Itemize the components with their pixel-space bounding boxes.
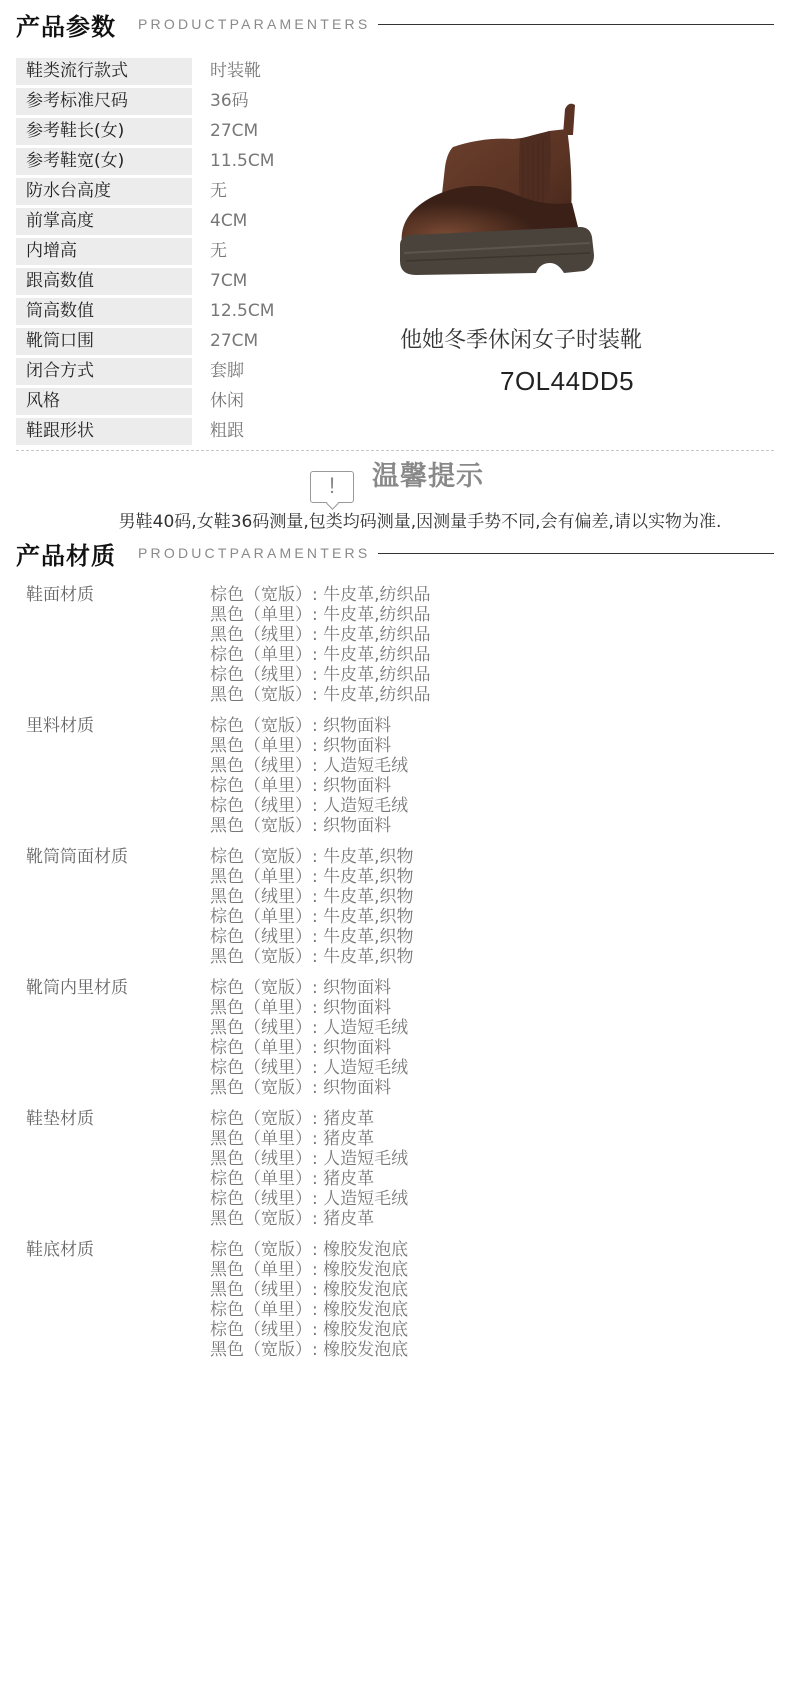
material-line: 棕色（绒里）: 人造短毛绒 xyxy=(210,1189,408,1209)
materials-section-title: 产品材质 xyxy=(16,536,116,571)
material-line: 棕色（宽版）: 牛皮革,纺织品 xyxy=(210,585,431,605)
material-line: 黑色（绒里）: 人造短毛绒 xyxy=(210,1149,408,1169)
param-value: 无 xyxy=(210,178,227,205)
params-section-title: 产品参数 xyxy=(16,7,116,42)
exclamation-glyph: ! xyxy=(311,474,353,498)
material-line: 棕色（绒里）: 橡胶发泡底 xyxy=(210,1320,408,1340)
material-line: 棕色（宽版）: 橡胶发泡底 xyxy=(210,1240,408,1260)
param-row: 鞋类流行款式时装靴 xyxy=(16,58,376,85)
param-label: 鞋类流行款式 xyxy=(16,58,192,85)
material-line: 黑色（宽版）: 猪皮革 xyxy=(210,1209,408,1229)
param-row: 闭合方式套脚 xyxy=(16,358,376,385)
param-value: 12.5CM xyxy=(210,298,274,325)
param-row: 防水台高度无 xyxy=(16,178,376,205)
material-line: 黑色（绒里）: 橡胶发泡底 xyxy=(210,1280,408,1300)
material-line: 黑色（单里）: 猪皮革 xyxy=(210,1129,408,1149)
material-line: 棕色（绒里）: 牛皮革,织物 xyxy=(210,927,414,947)
material-line: 棕色（绒里）: 人造短毛绒 xyxy=(210,796,408,816)
param-label: 筒高数值 xyxy=(16,298,192,325)
product-code: 7OL44DD5 xyxy=(500,366,634,397)
material-group: 鞋垫材质 棕色（宽版）: 猪皮革 黑色（单里）: 猪皮革 黑色（绒里）: 人造短… xyxy=(26,1109,766,1229)
tip-title: 温馨提示 xyxy=(372,454,484,493)
param-value: 4CM xyxy=(210,208,247,235)
param-value: 11.5CM xyxy=(210,148,274,175)
material-label: 鞋底材质 xyxy=(26,1240,210,1360)
material-line: 黑色（单里）: 牛皮革,织物 xyxy=(210,867,414,887)
material-line: 棕色（宽版）: 织物面料 xyxy=(210,978,408,998)
material-line: 棕色（宽版）: 猪皮革 xyxy=(210,1109,408,1129)
material-line: 棕色（单里）: 猪皮革 xyxy=(210,1169,408,1189)
param-label: 参考鞋长(女) xyxy=(16,118,192,145)
material-line: 黑色（单里）: 橡胶发泡底 xyxy=(210,1260,408,1280)
materials-list: 鞋面材质 棕色（宽版）: 牛皮革,纺织品 黑色（单里）: 牛皮革,纺织品 黑色（… xyxy=(26,585,766,1371)
product-name: 他她冬季休闲女子时装靴 xyxy=(400,323,642,354)
param-value: 36码 xyxy=(210,88,249,115)
material-line: 棕色（单里）: 牛皮革,纺织品 xyxy=(210,645,431,665)
tip-text: 男鞋40码,女鞋36码测量,包类均码测量,因测量手势不同,会有偏差,请以实物为准… xyxy=(0,507,790,532)
dashed-divider xyxy=(16,450,774,451)
material-line: 黑色（宽版）: 织物面料 xyxy=(210,1078,408,1098)
param-row: 靴筒口围27CM xyxy=(16,328,376,355)
material-line: 黑色（单里）: 织物面料 xyxy=(210,736,408,756)
params-table: 鞋类流行款式时装靴 参考标准尺码36码 参考鞋长(女)27CM 参考鞋宽(女)1… xyxy=(16,58,376,448)
material-label: 鞋面材质 xyxy=(26,585,210,705)
param-label: 前掌高度 xyxy=(16,208,192,235)
material-group: 鞋面材质 棕色（宽版）: 牛皮革,纺织品 黑色（单里）: 牛皮革,纺织品 黑色（… xyxy=(26,585,766,705)
materials-section-header: 产品材质 PRODUCTPARAMENTERS xyxy=(16,533,774,573)
param-label: 防水台高度 xyxy=(16,178,192,205)
material-line: 黑色（绒里）: 人造短毛绒 xyxy=(210,1018,408,1038)
material-line: 棕色（宽版）: 牛皮革,织物 xyxy=(210,847,414,867)
param-row: 前掌高度4CM xyxy=(16,208,376,235)
param-value: 休闲 xyxy=(210,388,244,415)
material-line: 黑色（宽版）: 牛皮革,纺织品 xyxy=(210,685,431,705)
param-row: 跟高数值7CM xyxy=(16,268,376,295)
param-row: 参考标准尺码36码 xyxy=(16,88,376,115)
param-row: 参考鞋宽(女)11.5CM xyxy=(16,148,376,175)
material-line: 棕色（绒里）: 人造短毛绒 xyxy=(210,1058,408,1078)
param-row: 鞋跟形状粗跟 xyxy=(16,418,376,445)
material-line: 黑色（绒里）: 人造短毛绒 xyxy=(210,756,408,776)
section-divider-line xyxy=(378,553,774,554)
material-line: 黑色（宽版）: 织物面料 xyxy=(210,816,408,836)
param-label: 参考鞋宽(女) xyxy=(16,148,192,175)
param-label: 闭合方式 xyxy=(16,358,192,385)
params-section-subtitle: PRODUCTPARAMENTERS xyxy=(138,16,370,32)
param-label: 靴筒口围 xyxy=(16,328,192,355)
material-line: 棕色（单里）: 牛皮革,织物 xyxy=(210,907,414,927)
material-line: 棕色（单里）: 织物面料 xyxy=(210,1038,408,1058)
material-line: 棕色（单里）: 织物面料 xyxy=(210,776,408,796)
param-label: 鞋跟形状 xyxy=(16,418,192,445)
param-value: 时装靴 xyxy=(210,58,261,85)
material-line: 棕色（绒里）: 牛皮革,纺织品 xyxy=(210,665,431,685)
material-line: 黑色（单里）: 牛皮革,纺织品 xyxy=(210,605,431,625)
param-label: 内增高 xyxy=(16,238,192,265)
material-group: 靴筒筒面材质 棕色（宽版）: 牛皮革,织物 黑色（单里）: 牛皮革,织物 黑色（… xyxy=(26,847,766,967)
material-label: 靴筒筒面材质 xyxy=(26,847,210,967)
material-line: 黑色（宽版）: 牛皮革,织物 xyxy=(210,947,414,967)
material-group: 靴筒内里材质 棕色（宽版）: 织物面料 黑色（单里）: 织物面料 黑色（绒里）:… xyxy=(26,978,766,1098)
materials-section-subtitle: PRODUCTPARAMENTERS xyxy=(138,545,370,561)
param-row: 筒高数值12.5CM xyxy=(16,298,376,325)
param-value: 7CM xyxy=(210,268,247,295)
material-line: 黑色（绒里）: 牛皮革,纺织品 xyxy=(210,625,431,645)
material-label: 鞋垫材质 xyxy=(26,1109,210,1229)
material-group: 里料材质 棕色（宽版）: 织物面料 黑色（单里）: 织物面料 黑色（绒里）: 人… xyxy=(26,716,766,836)
param-label: 跟高数值 xyxy=(16,268,192,295)
material-line: 黑色（单里）: 织物面料 xyxy=(210,998,408,1018)
param-row: 风格休闲 xyxy=(16,388,376,415)
params-section-header: 产品参数 PRODUCTPARAMENTERS xyxy=(16,4,774,44)
param-value: 27CM xyxy=(210,328,258,355)
material-line: 黑色（绒里）: 牛皮革,织物 xyxy=(210,887,414,907)
product-boot-image xyxy=(400,95,610,295)
param-value: 粗跟 xyxy=(210,418,244,445)
material-line: 棕色（单里）: 橡胶发泡底 xyxy=(210,1300,408,1320)
param-value: 27CM xyxy=(210,118,258,145)
param-label: 参考标准尺码 xyxy=(16,88,192,115)
param-value: 套脚 xyxy=(210,358,244,385)
material-line: 棕色（宽版）: 织物面料 xyxy=(210,716,408,736)
section-divider-line xyxy=(378,24,774,25)
material-label: 靴筒内里材质 xyxy=(26,978,210,1098)
material-label: 里料材质 xyxy=(26,716,210,836)
param-row: 参考鞋长(女)27CM xyxy=(16,118,376,145)
material-line: 黑色（宽版）: 橡胶发泡底 xyxy=(210,1340,408,1360)
param-row: 内增高无 xyxy=(16,238,376,265)
material-group: 鞋底材质 棕色（宽版）: 橡胶发泡底 黑色（单里）: 橡胶发泡底 黑色（绒里）:… xyxy=(26,1240,766,1360)
param-label: 风格 xyxy=(16,388,192,415)
exclamation-speech-bubble-icon: ! xyxy=(310,471,354,503)
param-value: 无 xyxy=(210,238,227,265)
